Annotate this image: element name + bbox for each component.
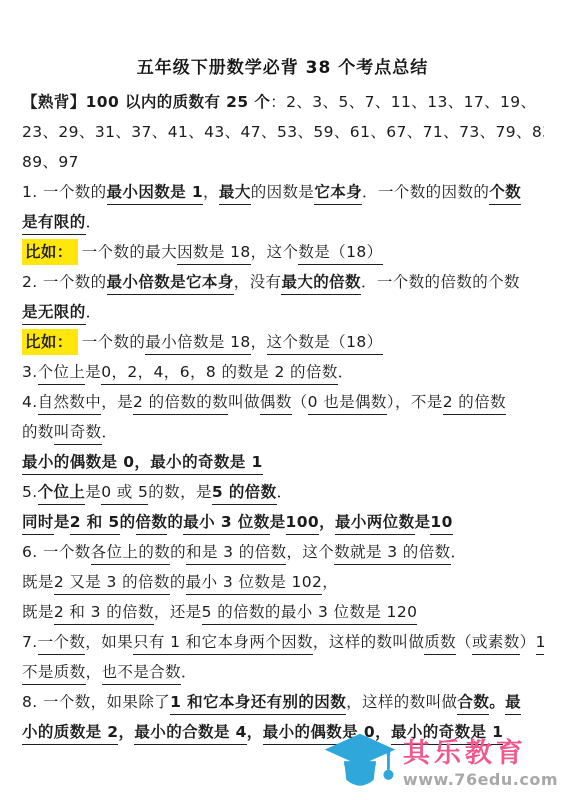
brand-text-block: 其乐教育 www.76edu.com	[403, 738, 558, 790]
text-run: 的	[170, 541, 186, 563]
text-run: 0，2，4，6，8 的数是 2 的倍数	[101, 361, 338, 385]
text-run: 2 的倍数的数	[133, 391, 228, 415]
worksheet-page: 五年级下册数学必背 38 个考点总结 【熟背】100 以内的质数有 25 个：2…	[0, 0, 565, 800]
text-run: 2 和 5	[70, 511, 120, 535]
text-run: 5 的倍数	[212, 481, 277, 505]
text-run: ，这样的数叫做	[346, 691, 457, 713]
text-line: 是无限的．	[22, 297, 544, 327]
text-run: 既是	[22, 571, 54, 593]
text-line: 比如：一个数的最大因数是 18，这个数是（18）	[22, 237, 544, 267]
text-run: 3.	[22, 361, 38, 383]
text-run: ，	[251, 331, 267, 353]
text-run: ，	[118, 721, 134, 743]
text-run: ，没有	[234, 271, 282, 293]
text-run: 最小的偶数是 0，最小的奇数是 1	[22, 451, 263, 475]
text-line: 【熟背】100 以内的质数有 25 个：2、3、5、7、11、13、17、19、	[22, 87, 544, 117]
brand-url: www.76edu.com	[403, 770, 558, 790]
text-run: 或素数	[472, 631, 520, 655]
text-line: 4. 自然数中，是 2 的倍数的数叫做偶数（0 也是偶数），不是 2 的倍数	[22, 387, 544, 417]
text-run: （	[456, 631, 472, 653]
text-line: 比如：一个数的最小倍数是 18，这个数是（18）	[22, 327, 544, 357]
text-run: 合数	[457, 691, 489, 715]
text-run: ：2、3、5、7、11、13、17、19、	[270, 91, 536, 113]
text-line: 既是 2 和 3 的倍数，还是 5 的倍数的最小 3 位数是 120	[22, 597, 544, 627]
text-run: 最小因数是 1	[107, 181, 203, 205]
text-run: ）	[520, 631, 536, 653]
text-run: ，	[203, 181, 219, 203]
text-run: 一个数的	[82, 331, 146, 353]
text-run: 是	[54, 511, 70, 533]
text-run: 最小 3 位数	[183, 511, 269, 535]
text-run: 最小倍数是 18	[145, 331, 250, 355]
text-run: 既是	[22, 601, 54, 623]
text-run: ．一个数的倍数的个数	[361, 271, 520, 293]
text-run: （	[292, 391, 308, 413]
text-line: 是有限的．	[22, 207, 544, 237]
text-run: 的	[170, 571, 186, 593]
text-line: 3. 个位上是 0，2，4，6，8 的数是 2 的倍数．	[22, 357, 544, 387]
text-run: 89、97	[22, 151, 79, 173]
text-run: 是有限的	[22, 211, 86, 235]
text-line: 5. 个位上是 0 或 5 的数，是 5 的倍数．	[22, 477, 544, 507]
text-run: 6. 一个数	[22, 541, 91, 563]
text-run: 5.	[22, 481, 38, 503]
text-run: 一个数	[38, 631, 86, 655]
text-run: 是无限的	[22, 301, 86, 325]
text-run: 数是（18）	[298, 241, 382, 265]
text-run: ，	[86, 661, 102, 683]
text-run: 2 的倍数	[443, 391, 506, 415]
text-run: 一个数的最大	[82, 241, 177, 263]
text-run: 7.	[22, 631, 38, 653]
text-run: ，如果	[85, 631, 133, 653]
text-run: ，还是	[154, 601, 202, 623]
text-run: 是	[85, 481, 101, 503]
text-run: 5 的倍数的最小 3 位数是 120	[202, 601, 418, 625]
text-run: 个位上	[38, 361, 86, 385]
text-run: 最大的倍数	[281, 271, 361, 295]
text-run: 2 又是 3 的倍数	[54, 571, 170, 595]
text-run: 同时	[22, 511, 54, 535]
text-run: 各位上的数	[91, 541, 171, 565]
text-line: 的数叫奇数．	[22, 417, 544, 447]
brand-watermark: 其乐教育 www.76edu.com	[324, 732, 558, 796]
text-run: 的因数是	[251, 181, 315, 203]
text-run: 不是质数	[22, 661, 86, 685]
text-run: 的	[120, 511, 136, 533]
text-run: 1	[536, 631, 544, 655]
text-line: 1. 一个数的最小因数是 1，最大的因数是它本身．一个数的因数的个数	[22, 177, 544, 207]
text-run: 小的质数是 2	[22, 721, 118, 745]
text-run: 叫做	[228, 391, 260, 413]
text-run: 倍数	[136, 511, 168, 535]
text-run: 这个数是（18）	[267, 331, 383, 355]
text-run: ，	[319, 511, 335, 533]
text-run: ，这样的数叫做	[313, 631, 424, 653]
text-run: ，	[322, 571, 338, 593]
text-run: 1 和它本身还有别的因数	[170, 691, 346, 715]
text-run: 0 也是偶数	[308, 391, 387, 415]
text-run: 23、29、31、37、41、43、47、53、59、61、67、71、73、7…	[22, 121, 544, 143]
text-run: ．	[451, 541, 467, 563]
text-run: 个数	[489, 181, 521, 205]
text-line: 既是 2 又是 3 的倍数的最小 3 位数是 102，	[22, 567, 544, 597]
highlight-run: 比如：	[22, 239, 78, 265]
text-run: 8. 一个数，如果除了	[22, 691, 170, 713]
text-run: 它本身	[314, 181, 362, 205]
text-run: 也不是合数	[102, 661, 182, 685]
text-line: 最小的偶数是 0，最小的奇数是 1	[22, 447, 544, 477]
text-run: ．	[277, 481, 293, 503]
graduation-cap-icon	[324, 732, 396, 796]
text-run: ，这个	[286, 541, 334, 563]
text-run: 只有 1 和它本身两个因数	[133, 631, 313, 655]
text-run: 数就是 3 的倍数	[334, 541, 450, 565]
text-line: 不是质数，也不是合数．	[22, 657, 544, 687]
text-run: 最小倍数是它本身	[107, 271, 234, 295]
text-run: 【熟背】100 以内的质数有 25 个	[22, 91, 270, 113]
text-run: ），不是	[387, 391, 443, 413]
text-run: 偶数	[260, 391, 292, 415]
text-run: 4.	[22, 391, 38, 413]
text-run: 10	[430, 511, 452, 535]
text-line: 8. 一个数，如果除了 1 和它本身还有别的因数，这样的数叫做合数。 最	[22, 687, 544, 717]
highlight-run: 比如：	[22, 329, 78, 355]
text-run: 是	[270, 511, 286, 533]
text-run: 最	[505, 691, 521, 715]
text-run: 最大	[219, 181, 251, 205]
text-run: 的	[167, 511, 183, 533]
text-run: 最小的合数是 4	[134, 721, 246, 745]
text-run: ．	[86, 211, 102, 233]
text-line: 同时是 2 和 5 的倍数的最小 3 位数是 100，最小两位数是 10	[22, 507, 544, 537]
text-run: ．一个数的因数的	[362, 181, 489, 203]
text-run: 的数，是	[148, 481, 212, 503]
text-run: ．	[102, 421, 118, 443]
text-line: 23、29、31、37、41、43、47、53、59、61、67、71、73、7…	[22, 117, 544, 147]
text-line: 89、97	[22, 147, 544, 177]
text-run: 因数是 18	[177, 241, 251, 265]
text-line: 7. 一个数，如果只有 1 和它本身两个因数，这样的数叫做质数（或素数） 1	[22, 627, 544, 657]
text-line: 6. 一个数各位上的数的和是 3 的倍数，这个数就是 3 的倍数．	[22, 537, 544, 567]
text-run: ，是	[101, 391, 133, 413]
text-run: ．	[86, 301, 102, 323]
text-run: 。	[489, 691, 505, 713]
text-line: 2. 一个数的最小倍数是它本身，没有最大的倍数．一个数的倍数的个数	[22, 267, 544, 297]
text-run: 1. 一个数的	[22, 181, 107, 203]
text-run: ，这个	[251, 241, 299, 263]
page-title: 五年级下册数学必背 38 个考点总结	[0, 0, 565, 78]
brand-name: 其乐教育	[403, 738, 558, 770]
text-run: 自然数中	[38, 391, 102, 415]
text-run: 是	[85, 361, 101, 383]
text-run: ，	[247, 721, 263, 743]
text-run: ．	[338, 361, 354, 383]
document-body: 【熟背】100 以内的质数有 25 个：2、3、5、7、11、13、17、19、…	[0, 87, 565, 747]
text-run: 100	[286, 511, 320, 535]
text-run: 2. 一个数的	[22, 271, 107, 293]
text-run: 最小 3 位数是 102	[186, 571, 323, 595]
text-run: 的数	[22, 421, 54, 443]
text-run: 叫奇数	[54, 421, 102, 445]
text-run: 0 或 5	[101, 481, 148, 505]
text-run: 质数	[424, 631, 456, 655]
text-run: 个位上	[38, 481, 86, 505]
text-run: 是	[415, 511, 431, 533]
text-run: 和是 3 的倍数	[186, 541, 286, 565]
text-run: 2 和 3 的倍数	[54, 601, 154, 625]
text-run: ．	[181, 661, 197, 683]
text-run: 最小两位数	[335, 511, 415, 535]
